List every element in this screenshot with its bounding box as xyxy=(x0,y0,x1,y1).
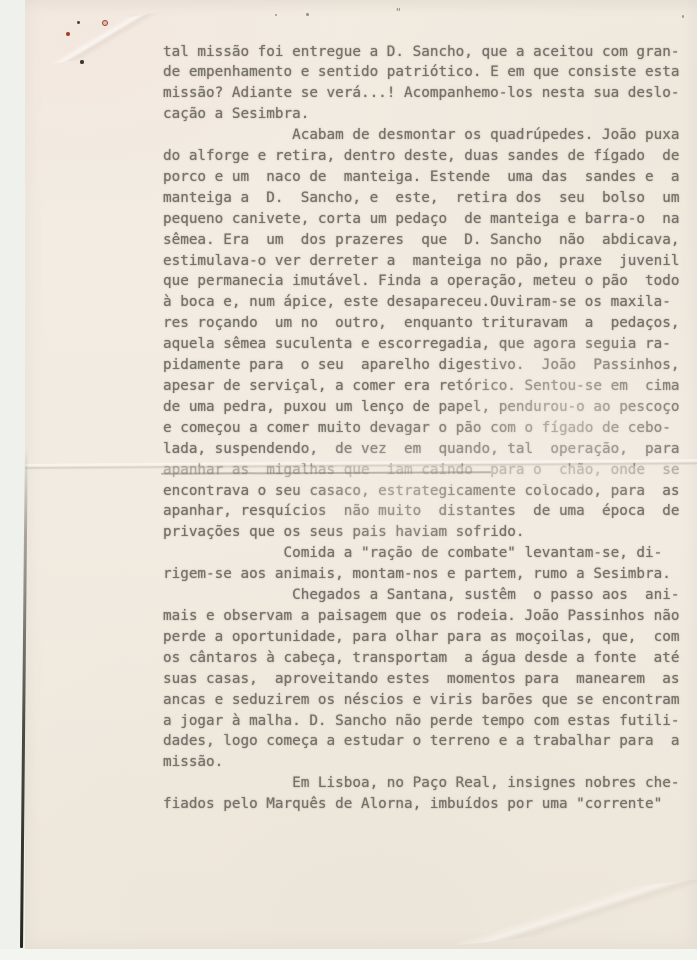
paper-sheet: tal missão foi entregue a D. Sancho, que… xyxy=(25,0,697,949)
dust-mark xyxy=(306,13,309,16)
dust-mark xyxy=(682,15,684,18)
scanner-bottom-band xyxy=(0,949,697,960)
stray-quote-mark: " xyxy=(395,6,402,19)
typewritten-text: tal missão foi entregue a D. Sancho, que… xyxy=(163,42,679,816)
scan-background: tal missão foi entregue a D. Sancho, que… xyxy=(0,0,697,960)
paper-wrinkle xyxy=(454,879,697,945)
ink-speck xyxy=(80,60,84,64)
corner-crease xyxy=(23,10,176,67)
ink-speck xyxy=(77,21,80,24)
dust-mark xyxy=(275,14,277,16)
red-stain-dot xyxy=(66,32,70,36)
red-stain-dot xyxy=(102,20,108,26)
